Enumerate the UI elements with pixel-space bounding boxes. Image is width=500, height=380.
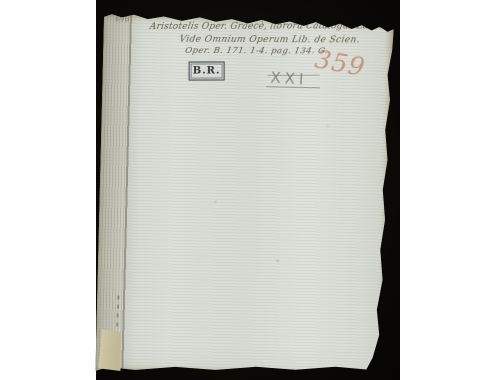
book-block: 49B Aristotelis Oper. Graecè, librorū Ca… xyxy=(95,13,394,380)
pencil-underline xyxy=(266,86,320,89)
library-stamp-text: B.R. xyxy=(193,66,221,77)
ink-inscription-line-1: Aristotelis Oper. Graecè, librorū Catalo… xyxy=(149,21,421,32)
pencil-numeral-xxi: XXI xyxy=(270,68,308,88)
manuscript-page: 49B Aristotelis Oper. Graecè, librorū Ca… xyxy=(95,13,394,378)
pencil-folio-mark: 49B xyxy=(115,15,130,23)
ink-inscription-line-2: Vide Omnium Operum Lib. de Scien. xyxy=(178,35,360,46)
gutter-marks xyxy=(116,295,120,335)
library-stamp: B.R. xyxy=(189,61,225,80)
screenshot-canvas: 49B Aristotelis Oper. Graecè, librorū Ca… xyxy=(0,0,500,380)
ink-inscription-line-3: Oper. B. 171. 1-4. pag. 134. G. xyxy=(184,46,329,56)
manuscript-photo: 49B Aristotelis Oper. Graecè, librorū Ca… xyxy=(96,0,400,380)
red-shelf-number: 359 xyxy=(313,44,368,82)
